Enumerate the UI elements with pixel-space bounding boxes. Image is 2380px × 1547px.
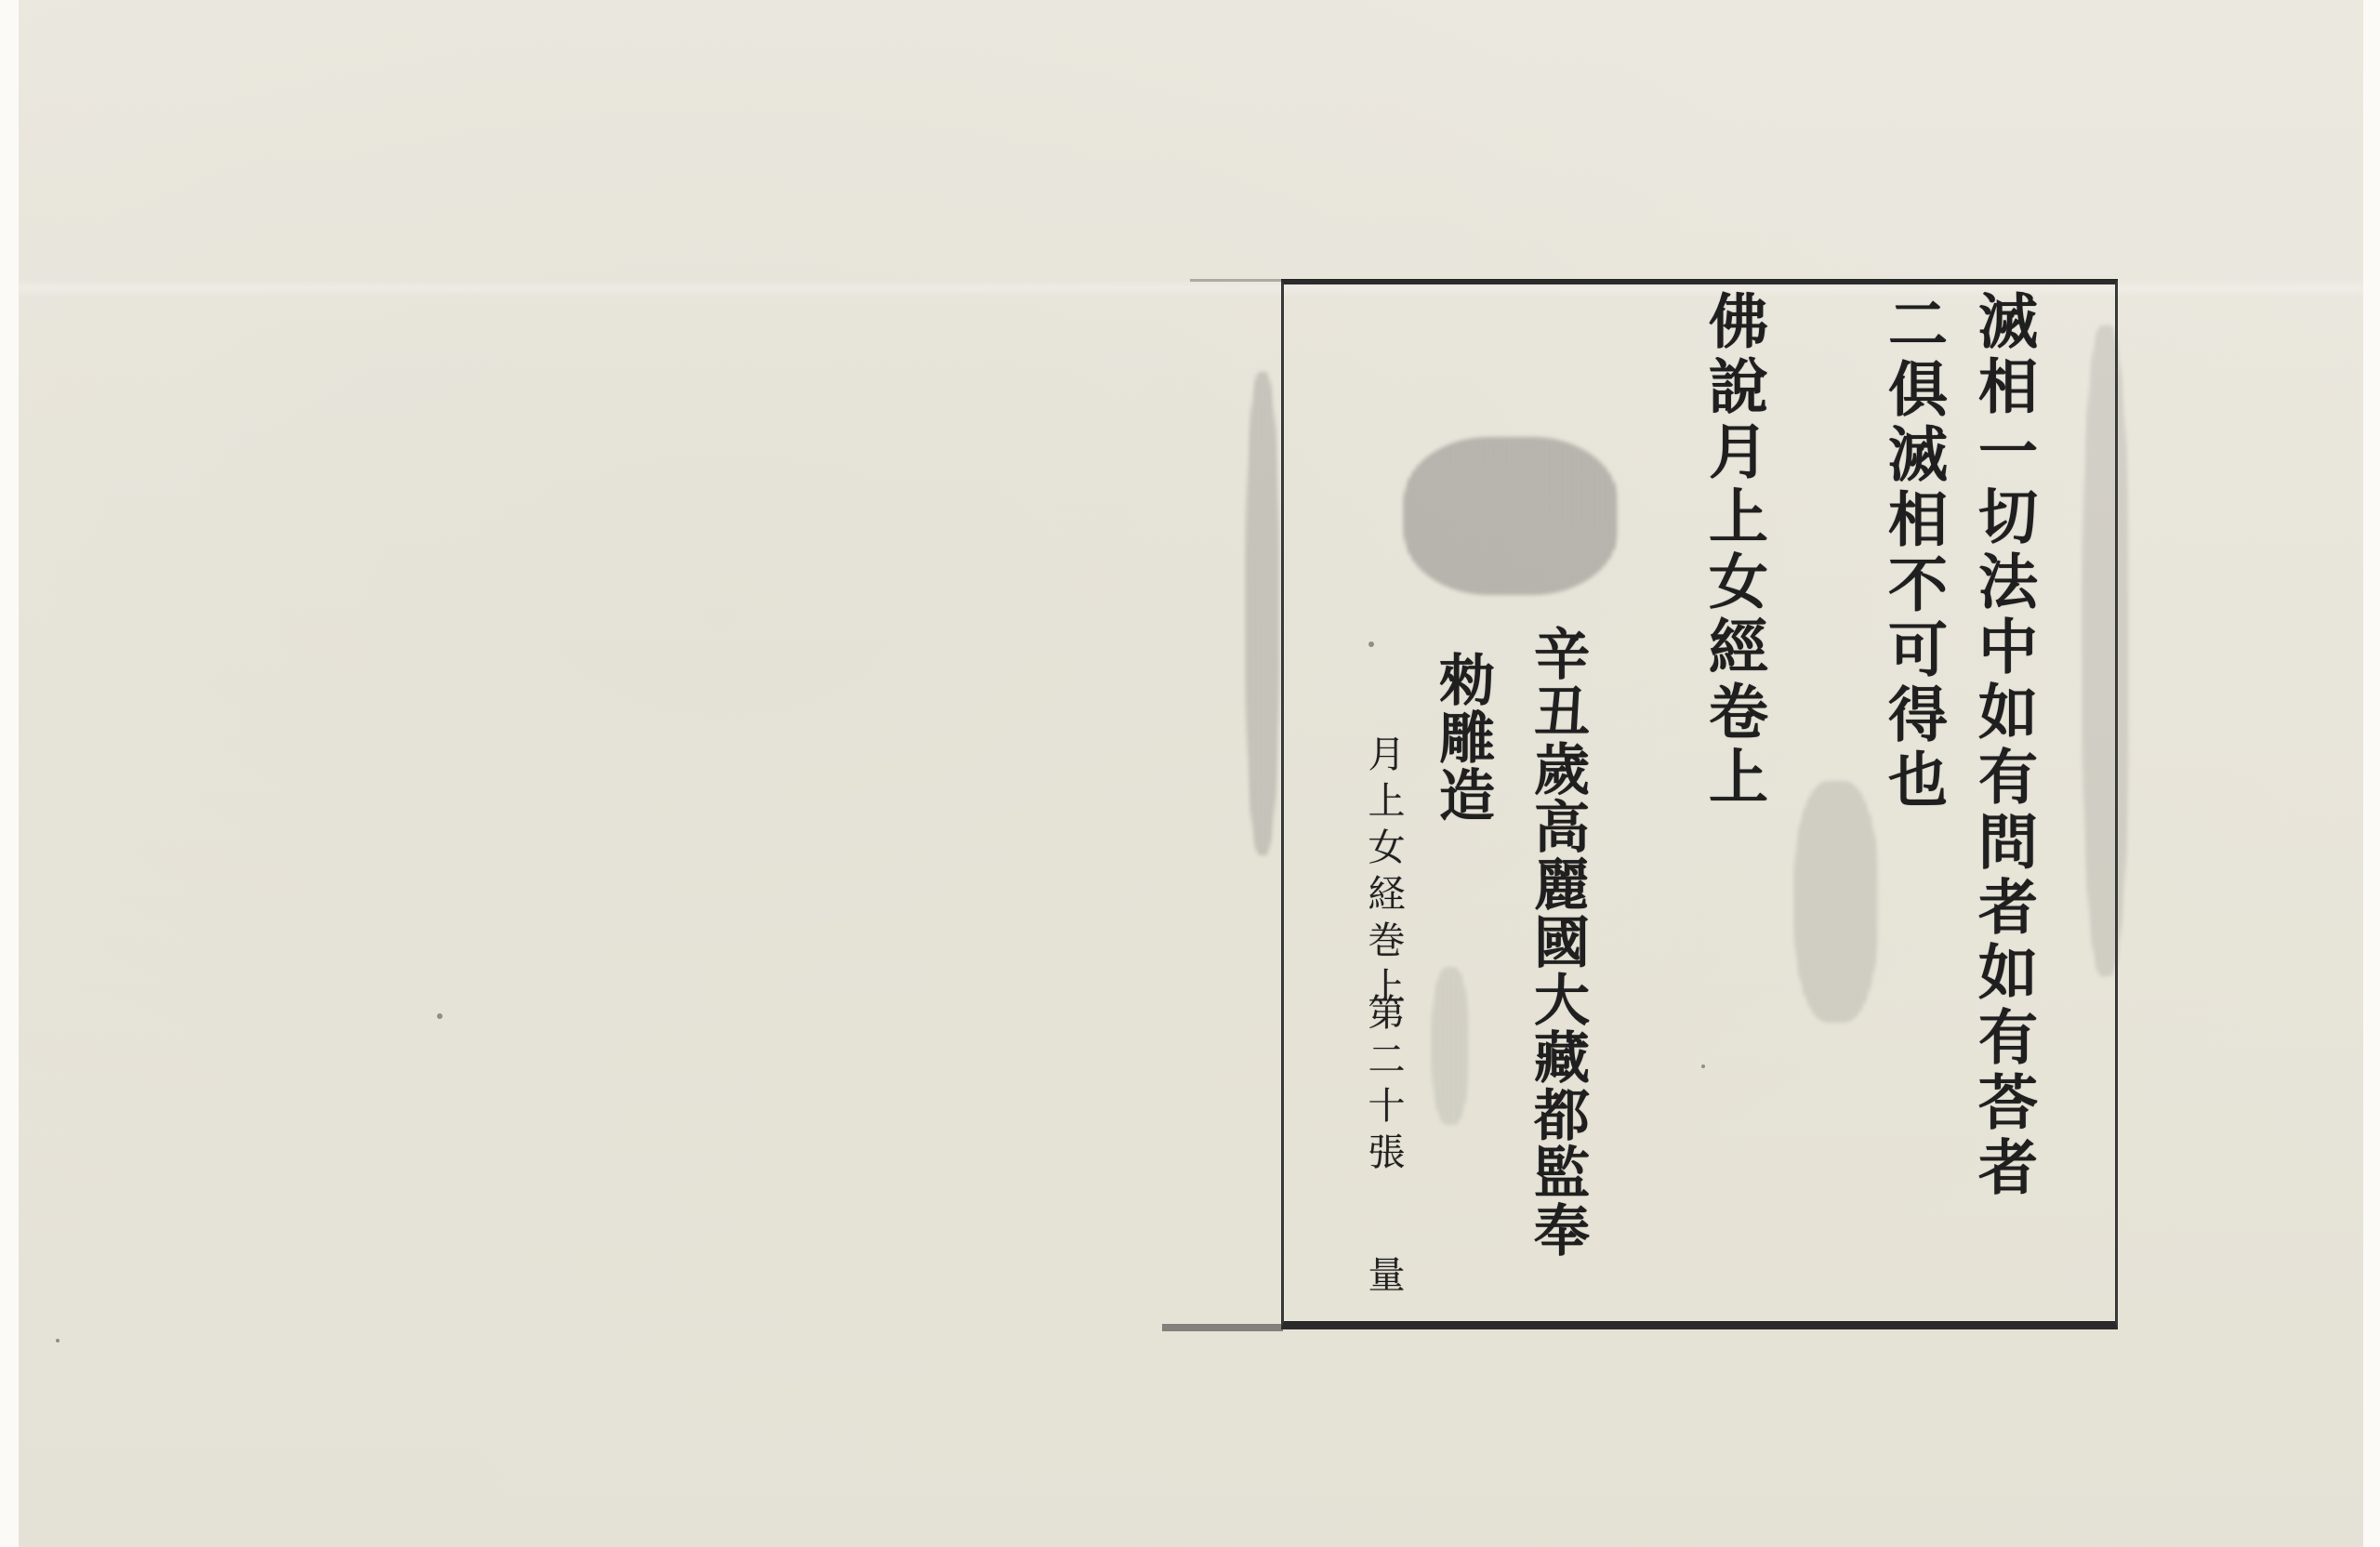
page-number: 第二十張 xyxy=(1357,993,1410,1179)
paper-speck xyxy=(1701,1064,1705,1068)
body-text-column-2: 二俱滅相不可得也 xyxy=(1883,293,1942,813)
ink-smudge xyxy=(1246,372,1279,855)
frame-border-extension xyxy=(1162,1324,1283,1331)
margin-sutra-title: 月上女経巻上 xyxy=(1357,734,1410,1013)
paper-speck xyxy=(437,1013,443,1019)
paper-speck xyxy=(1368,641,1374,647)
paper-speck xyxy=(56,1339,59,1342)
frame-border-extension xyxy=(1190,279,1283,282)
colophon-line-1: 辛丑歲高麗國大藏都監奉 xyxy=(1517,625,1597,1259)
carver-mark: 量 xyxy=(1357,1255,1410,1296)
sutra-title: 佛說月上女經卷上 xyxy=(1703,290,1763,811)
colophon-line-2: 勑雕造 xyxy=(1422,651,1502,824)
body-text-column-1: 滅相一切法中如有問者如有荅者 xyxy=(1973,290,2032,1201)
